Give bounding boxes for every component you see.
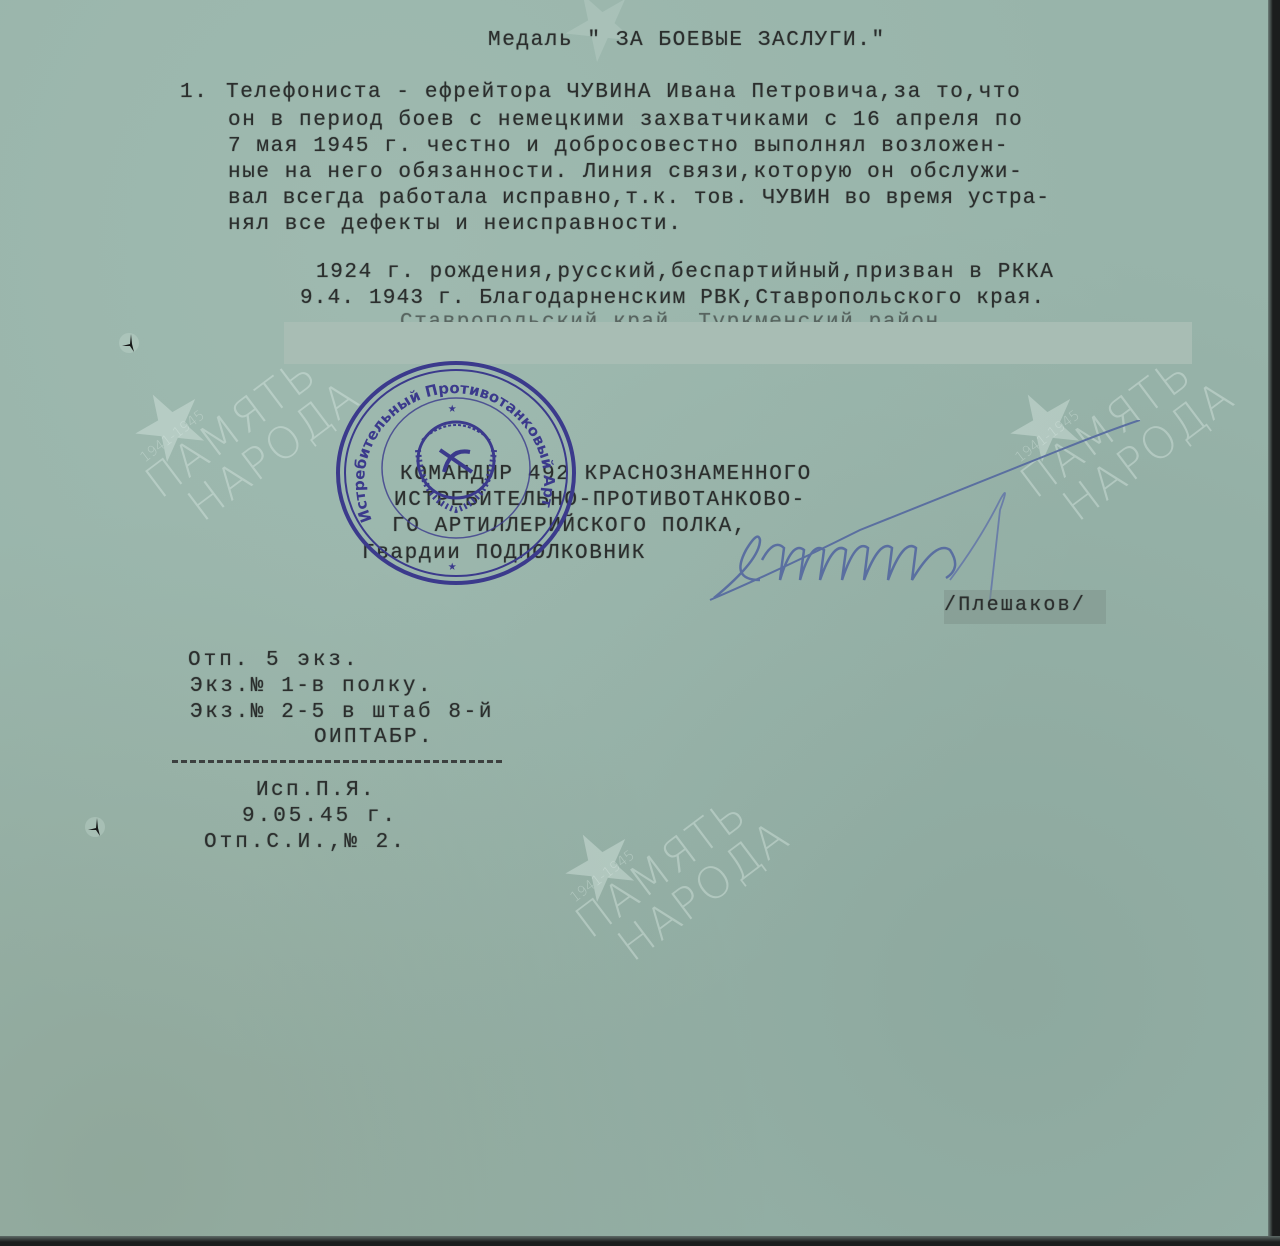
page-edge	[1268, 0, 1280, 1246]
entry-line: Телефониста - ефрейтора ЧУВИНА Ивана Пет…	[226, 82, 1021, 103]
watermark: ★ 1941-1945 ПАМЯТЬ НАРОДА	[540, 820, 780, 1060]
page-edge	[0, 1236, 1280, 1246]
punch-hole	[118, 332, 140, 354]
punch-hole	[84, 816, 106, 838]
handwritten-signature	[700, 420, 1180, 620]
signer-name: /Плешаков/	[944, 596, 1086, 616]
bio-line: 9.4. 1943 г. Благодарненским РВК,Ставроп…	[300, 288, 1045, 309]
distribution-line: ОИПТАБР.	[314, 727, 434, 748]
entry-line: вал всегда работала исправно,т.к. тов. Ч…	[228, 188, 1050, 209]
distribution-line: Экз.№ 1-в полку.	[190, 676, 433, 697]
distribution-line: Экз.№ 2-5 в штаб 8-й	[190, 702, 494, 723]
entry-line: 7 мая 1945 г. честно и добросовестно вып…	[228, 136, 1009, 157]
star-icon: ★	[113, 366, 228, 484]
distribution-line: Отп. 5 экз.	[188, 650, 360, 671]
footer-line: 9.05.45 г.	[242, 806, 398, 827]
bio-line: 1924 г. рождения,русский,беспартийный,пр…	[316, 262, 1055, 283]
separator-line	[172, 760, 502, 763]
watermark: ★ 1941-1945 ПАМЯТЬ НАРОДА	[110, 380, 350, 620]
footer-line: Исп.П.Я.	[256, 780, 376, 801]
entry-line: ные на него обязанности. Линия связи,кот…	[228, 162, 1023, 183]
redaction-bar	[284, 322, 1192, 364]
svg-text:★: ★	[448, 401, 457, 417]
entry-number: 1.	[180, 82, 208, 103]
entry-line: нял все дефекты и неисправности.	[228, 214, 682, 235]
official-stamp: Истребительный Противотанковый Артиллер.…	[332, 360, 580, 590]
svg-text:★: ★	[448, 559, 457, 575]
document-page: ★ 1941-1945 ПАМЯТЬ НАРОДА ★ 1941-1945 ПА…	[0, 0, 1268, 1236]
star-icon: ★	[543, 806, 658, 924]
document-title: Медаль " ЗА БОЕВЫЕ ЗАСЛУГИ."	[488, 30, 886, 51]
entry-line: он в период боев с немецкими захватчикам…	[228, 110, 1023, 131]
footer-line: Отп.С.И.,№ 2.	[204, 832, 407, 853]
